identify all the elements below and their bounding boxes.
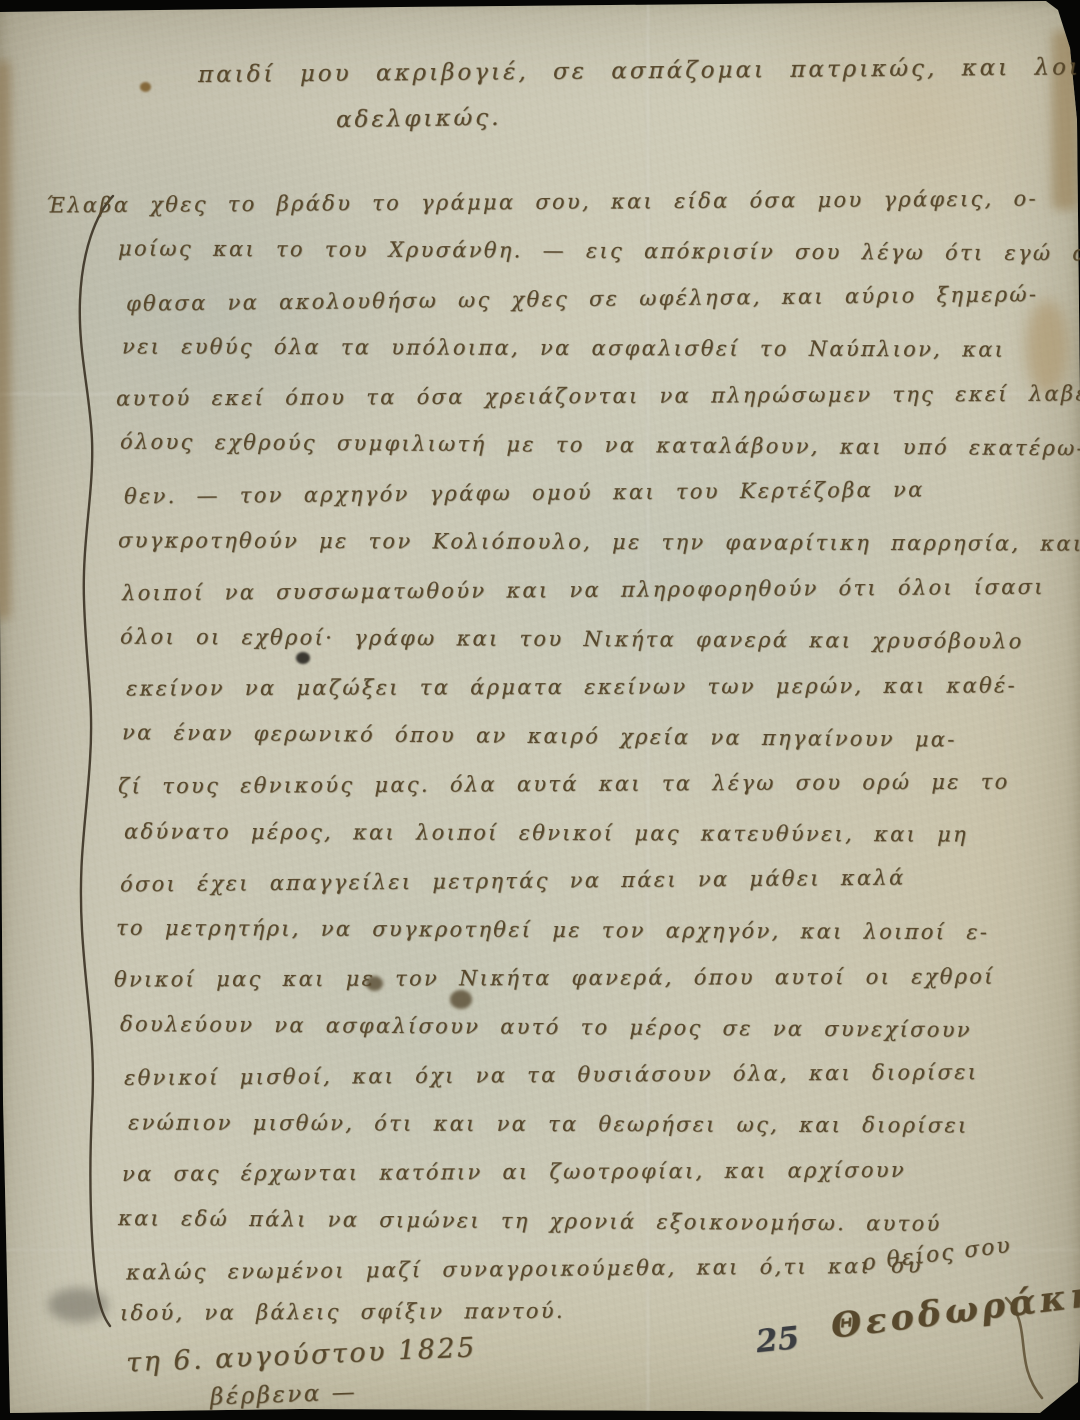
graphite-smudge	[48, 1288, 108, 1322]
salutation-line-2: αδελφικώς.	[336, 105, 502, 133]
scanned-letter-page: { "letter": { "header": { "line1": "παιδ…	[0, 0, 1080, 1420]
body-line: νει ευθύς όλα τα υπόλοιπα, να ασφαλισθεί…	[122, 334, 1005, 361]
left-edge-browning	[0, 60, 10, 620]
body-line: ζί τους εθνικούς μας. όλα αυτά και τα λέ…	[118, 770, 1010, 799]
body-line: αδύνατο μέρος, και λοιποί εθνικοί μας κα…	[124, 820, 968, 847]
small-ink-spot	[296, 652, 310, 664]
body-line: συγκροτηθούν με τον Κολιόπουλο, με την φ…	[118, 528, 1080, 555]
body-line: εκείνον να μαζώξει τα άρματα εκείνων των…	[126, 673, 1017, 700]
ink-dot-stain	[140, 82, 151, 92]
body-line: όλοι οι εχθροί· γράφω και του Νικήτα φαν…	[120, 625, 1024, 654]
place-line: βέρβενα —	[210, 1379, 358, 1410]
body-line: αυτού εκεί όπου τα όσα χρειάζονται να πλ…	[116, 381, 1080, 410]
body-line: το μετρητήρι, να συγκροτηθεί με τον αρχη…	[116, 916, 989, 945]
body-line: να σας έρχωνται κατόπιν αι ζωοτροφίαι, κ…	[122, 1158, 906, 1186]
archival-page-number: 25	[754, 1320, 801, 1360]
ink-blot-right	[450, 990, 472, 1009]
body-line: ενώπιον μισθών, ότι και να τα θεωρήσει ω…	[128, 1111, 969, 1138]
body-line-last: ιδού, να βάλεις σφίξιν παντού.	[120, 1299, 565, 1325]
body-line: θνικοί μας και με τον Νικήτα φανερά, όπο…	[114, 964, 995, 991]
